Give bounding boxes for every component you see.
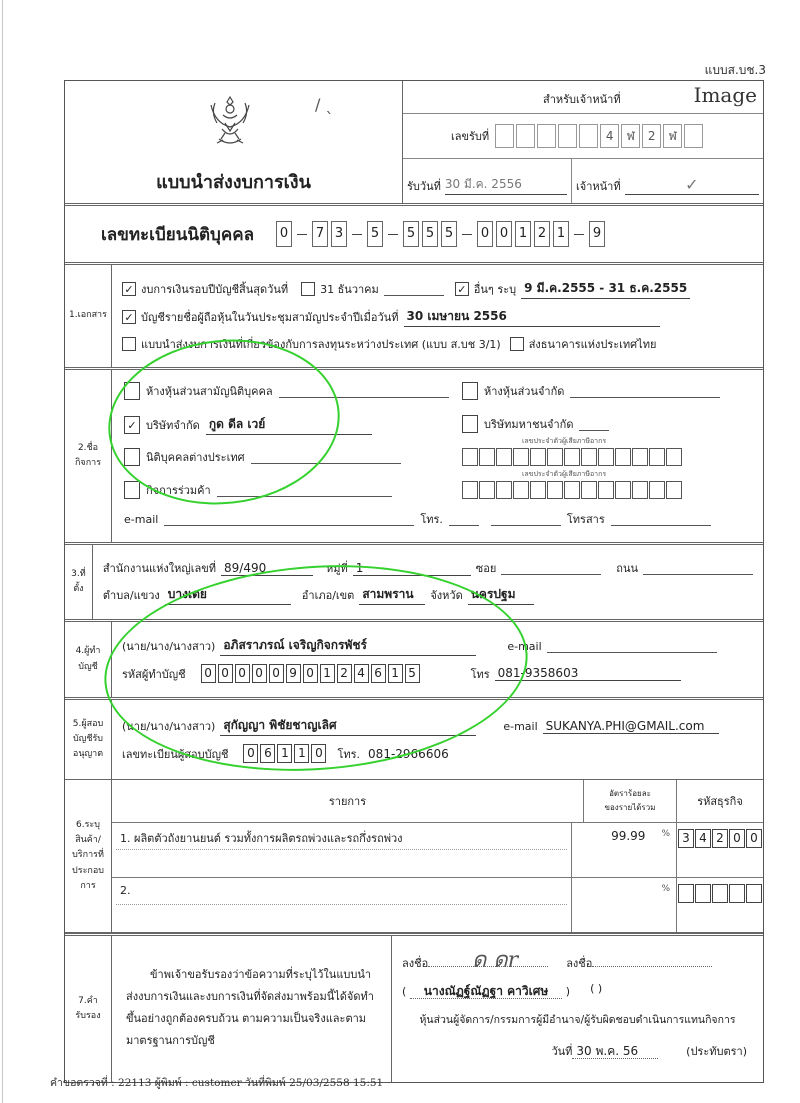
tax-id-digit-box[interactable] — [547, 481, 563, 499]
seal-label: (ประทับตรา) — [686, 1042, 747, 1061]
tax-id-digit-box[interactable] — [564, 481, 580, 499]
tax-id-digit-box[interactable] — [615, 448, 631, 466]
accountant-code-digit[interactable]: 0 — [235, 664, 250, 683]
tax-id-digit-box[interactable] — [462, 481, 478, 499]
accountant-code-label: รหัสผู้ทำบัญชี — [122, 665, 186, 683]
receipt-no-boxes: 4ฬ2ฬ — [495, 124, 703, 148]
public-company-checkbox[interactable] — [462, 415, 478, 433]
date-label: วันที่ — [551, 1045, 572, 1058]
business-code-digit[interactable] — [678, 884, 694, 903]
option-blank — [217, 484, 392, 497]
subdistrict-label: ตำบล/แขวง — [103, 586, 160, 604]
tax-id-digit-box[interactable] — [513, 481, 529, 499]
option-label: กิจการร่วมค้า — [146, 481, 211, 499]
company-limited-option[interactable]: ✓ บริษัทจำกัด กูด ดีล เวย์ — [124, 415, 372, 435]
financial-statement-submission-form: / ˎ แบบนำส่งงบการเงิน สำหรับเจ้าหน้าที่ … — [64, 80, 764, 1083]
tax-id-boxes-2[interactable] — [462, 481, 682, 499]
section-label: 7.คำ รับรอง — [65, 936, 112, 1082]
tax-id-digit-box[interactable] — [649, 448, 665, 466]
email-label: e-mail — [503, 720, 537, 733]
percent-sign: % — [661, 884, 670, 894]
accountant-code-digit[interactable]: 4 — [354, 664, 369, 683]
revenue-ratio-cell[interactable]: % — [572, 878, 677, 932]
percent-sign: % — [661, 829, 670, 839]
registration-digit-box[interactable]: 2 — [534, 221, 550, 247]
accountant-code-digit[interactable]: 2 — [337, 664, 352, 683]
table-row: 1. ผลิตตัวถังยานยนต์ รวมทั้งการผลิตรถพ่ว… — [112, 823, 763, 878]
signature-field-2[interactable] — [592, 954, 712, 967]
email-label: e-mail — [124, 513, 158, 526]
registration-digit-box[interactable]: 5 — [367, 221, 383, 247]
business-code-digit[interactable] — [695, 884, 711, 903]
table-row: 2. % — [112, 878, 763, 932]
tax-id-digit-box[interactable] — [564, 448, 580, 466]
tax-id-digit-box[interactable] — [581, 481, 597, 499]
business-code-cell[interactable]: 34200 — [677, 823, 763, 877]
tax-id-caption: เลขประจำตัวผู้เสียภาษีอากร — [522, 469, 606, 480]
image-stamp: Image — [694, 83, 757, 107]
registration-digit-box[interactable]: 0 — [477, 221, 493, 247]
public-company-option[interactable]: บริษัทมหาชนจำกัด — [462, 415, 609, 433]
limited-partnership-option[interactable]: ห้างหุ้นส่วนจำกัด — [462, 382, 720, 400]
tax-id-digit-box[interactable] — [547, 448, 563, 466]
revenue-ratio-cell[interactable]: 99.99% — [572, 823, 677, 877]
business-code-digit[interactable]: 0 — [746, 829, 762, 848]
print-footer: คำขอตรวจที่ : 22113 ผู้พิมพ์ : customer … — [50, 1074, 383, 1091]
receipt-digit-box[interactable]: 2 — [642, 124, 661, 148]
tax-id-digit-box[interactable] — [479, 481, 495, 499]
hq-number-field[interactable]: 89/490 — [221, 561, 313, 576]
signer-role: หุ้นส่วนผู้จัดการ/กรรมการผู้มีอำนาจ/ผู้ร… — [402, 1011, 753, 1028]
revenue-ratio-value: 99.99 — [611, 829, 645, 843]
receipt-digit-box[interactable] — [537, 124, 556, 148]
moo-field[interactable]: 1 — [353, 561, 471, 576]
title-label: (นาย/นาง/นางสาว) — [122, 637, 215, 655]
accountant-code-digit[interactable]: 0 — [252, 664, 267, 683]
auditor-reg-digit[interactable]: 0 — [243, 744, 258, 763]
district-field[interactable]: สามพราน — [359, 585, 425, 605]
officer-section-label: สำหรับเจ้าหน้าที่ — [543, 90, 621, 108]
accountant-code-digit[interactable]: 0 — [269, 664, 284, 683]
business-code-digit[interactable] — [712, 884, 728, 903]
garuda-emblem-icon — [205, 93, 255, 151]
subdistrict-field[interactable]: บางเตย — [165, 585, 291, 605]
business-code-digit[interactable]: 0 — [729, 829, 745, 848]
option-blank — [570, 385, 720, 398]
section-accountant: 4.ผู้ทำ บัญชี (นาย/นาง/นางสาว) อภิสราภรณ… — [65, 622, 763, 700]
option-label: นิติบุคคลต่างประเทศ — [146, 448, 245, 466]
option-blank — [279, 385, 449, 398]
email-label: e-mail — [507, 640, 541, 653]
tax-id-digit-box[interactable] — [496, 448, 512, 466]
dec31-blank — [384, 283, 444, 296]
fax-label: โทรสาร — [567, 510, 605, 528]
accountant-code-digit[interactable]: 0 — [201, 664, 216, 683]
other-period-field[interactable]: 9 มี.ค.2555 - 31 ธ.ค.2555 — [521, 279, 690, 299]
tax-id-digit-box[interactable] — [598, 448, 614, 466]
section-certification: 7.คำ รับรอง ข้าพเจ้าขอรับรองว่าข้อความที… — [65, 933, 763, 1082]
business-email-field[interactable] — [164, 513, 414, 526]
business-code-digit[interactable]: 4 — [695, 829, 711, 848]
accountant-code-digit[interactable]: 1 — [320, 664, 335, 683]
business-code-digit[interactable]: 3 — [678, 829, 694, 848]
accountant-phone-field[interactable]: 081-9358603 — [495, 666, 681, 681]
registration-digit-box[interactable]: 5 — [441, 221, 457, 247]
other-period-checkbox[interactable]: ✓ — [455, 282, 469, 296]
section-label: 2.ชื่อ กิจการ — [65, 370, 112, 542]
registration-digit-box[interactable]: 5 — [422, 221, 438, 247]
shareholders-checkbox[interactable]: ✓ — [122, 310, 136, 324]
section-auditor: 5.ผู้สอบ บัญชีรับ อนุญาต (นาย/นาง/นางสาว… — [65, 700, 763, 780]
receipt-digit-box[interactable]: ฬ — [663, 124, 682, 148]
business-fax-field[interactable] — [611, 513, 711, 526]
auditor-email-field[interactable]: SUKANYA.PHI@GMAIL.com — [543, 719, 719, 734]
soi-label: ซอย — [476, 559, 497, 577]
tax-id-digit-box[interactable] — [496, 481, 512, 499]
signature-block: ด ดr ลงชื่อ ลงชื่อ ( นางณัฏฐ์ณัฏฐา คาวิเ… — [392, 936, 763, 1082]
tax-id-digit-box[interactable] — [632, 481, 648, 499]
section-label: 3.ที่ตั้ง — [65, 545, 93, 619]
auditor-name-field[interactable]: สุกัญญา พิชัยชาญเลิศ — [220, 716, 476, 736]
receipt-digit-box[interactable] — [495, 124, 514, 148]
business-contact-row: e-mail โทร. โทรสาร — [124, 510, 711, 528]
tax-id-digit-box[interactable] — [530, 481, 546, 499]
section-products-services: 6.ระบุ สินค้า/ บริการที่ ประกอบ การ รายก… — [65, 780, 763, 933]
moo-label: หมู่ที่ — [326, 559, 348, 577]
tax-id-digit-box[interactable] — [462, 448, 478, 466]
receipt-digit-box[interactable] — [684, 124, 703, 148]
tax-id-digit-box[interactable] — [615, 481, 631, 499]
accountant-code-digit[interactable]: 9 — [286, 664, 301, 683]
company-limited-checkbox[interactable]: ✓ — [124, 416, 140, 434]
accountant-code-digit[interactable]: 6 — [371, 664, 386, 683]
accountant-name-field[interactable]: อภิสราภรณ์ เจริญกิจกรพัชร์ — [220, 636, 476, 656]
business-code-digit[interactable] — [746, 884, 762, 903]
option-label: ห้างหุ้นส่วนสามัญนิติบุคคล — [146, 382, 273, 400]
page-edge — [2, 0, 3, 1103]
registration-digit-box[interactable]: 5 — [403, 221, 419, 247]
section-business-name: 2.ชื่อ กิจการ ห้างหุ้นส่วนสามัญนิติบุคคล… — [65, 370, 763, 545]
signature-scribble: ด ดr — [472, 942, 518, 977]
tax-id-digit-box[interactable] — [666, 448, 682, 466]
registration-digit-box[interactable]: 0 — [276, 221, 292, 247]
registration-digit-box[interactable]: 9 — [589, 221, 605, 247]
option-blank — [251, 451, 401, 464]
section-label: 4.ผู้ทำ บัญชี — [65, 622, 112, 697]
tax-id-digit-box[interactable] — [598, 481, 614, 499]
registration-digit-box[interactable]: 1 — [553, 221, 569, 247]
section-label: 5.ผู้สอบ บัญชีรับ อนุญาต — [65, 700, 112, 779]
option-label: บริษัทมหาชนจำกัด — [484, 415, 573, 433]
tax-id-digit-box[interactable] — [666, 481, 682, 499]
form-code: แบบส.บช.3 — [705, 61, 766, 80]
digit-separator — [574, 234, 584, 235]
officer-label: เจ้าหน้าที่ — [576, 177, 621, 195]
row-number: 2. — [120, 884, 131, 897]
tax-id-caption: เลขประจำตัวผู้เสียภาษีอากร — [522, 436, 606, 447]
products-table-header: รายการ อัตราร้อยละ ของรายได้รวม รหัสธุรก… — [112, 780, 763, 823]
accountant-code-digit[interactable]: 5 — [405, 664, 420, 683]
ordinary-partnership-checkbox[interactable] — [124, 382, 140, 400]
province-label: จังหวัด — [430, 586, 462, 604]
product-item-text: ผลิตตัวถังยานยนต์ รวมทั้งการผลิตรถพ่วงแล… — [134, 832, 403, 845]
phone-label: โทร. — [337, 745, 360, 763]
form-header: / ˎ แบบนำส่งงบการเงิน สำหรับเจ้าหน้าที่ … — [65, 81, 763, 206]
form-title: แบบนำส่งงบการเงิน — [65, 167, 402, 196]
business-phone-field-1[interactable] — [449, 513, 479, 526]
registration-number-row: เลขทะเบียนนิติบุคคล 0735555001219 — [65, 206, 763, 265]
accountant-code-digit[interactable]: 0 — [218, 664, 233, 683]
accountant-code-digit[interactable]: 1 — [388, 664, 403, 683]
ordinary-partnership-option[interactable]: ห้างหุ้นส่วนสามัญนิติบุคคล — [124, 382, 449, 400]
auditor-reg-digit[interactable]: 1 — [294, 744, 309, 763]
shareholders-label: บัญชีรายชื่อผู้ถือหุ้นในวันประชุมสามัญปร… — [141, 308, 399, 326]
tax-id-digit-box[interactable] — [513, 448, 529, 466]
business-phone-field-2[interactable] — [491, 513, 561, 526]
option-label: บริษัทจำกัด — [146, 416, 200, 434]
joint-venture-checkbox[interactable] — [124, 481, 140, 499]
auditor-reg-digit[interactable]: 6 — [260, 744, 275, 763]
phone-label: โทร. — [420, 510, 443, 528]
dec31-checkbox[interactable] — [301, 282, 315, 296]
tax-id-digit-box[interactable] — [649, 481, 665, 499]
section-label: 6.ระบุ สินค้า/ บริการที่ ประกอบ การ — [65, 780, 112, 932]
header-title-block: / ˎ แบบนำส่งงบการเงิน — [65, 81, 403, 203]
certification-statement: ข้าพเจ้าขอรับรองว่าข้อความที่ระบุไว้ในแบ… — [112, 936, 392, 1082]
section-label: 1.เอกสาร — [65, 265, 112, 367]
certification-date-field[interactable]: 30 พ.ค. 56 — [572, 1044, 658, 1059]
receipt-digit-box[interactable] — [558, 124, 577, 148]
col-ratio-header: อัตราร้อยละ ของรายได้รวม — [584, 780, 677, 822]
business-code-digit[interactable]: 2 — [712, 829, 728, 848]
registration-digit-box[interactable]: 7 — [312, 221, 328, 247]
road-field[interactable] — [643, 562, 753, 575]
auditor-reg-digit[interactable]: 1 — [277, 744, 292, 763]
shareholders-date-field[interactable]: 30 เมษายน 2556 — [404, 307, 660, 327]
section-documents: 1.เอกสาร ✓ งบการเงินรอบปีบัญชีสิ้นสุดวัน… — [65, 265, 763, 370]
registration-digit-box[interactable]: 0 — [496, 221, 512, 247]
other-period-label: อื่นๆ ระบุ — [474, 280, 516, 298]
business-code-cell[interactable] — [677, 878, 763, 932]
option-blank — [579, 418, 609, 431]
row-number: 1. — [120, 832, 134, 845]
province-field[interactable]: นครปฐม — [468, 585, 534, 605]
digit-separator — [462, 234, 472, 235]
product-item-cell[interactable]: 1. ผลิตตัวถังยานยนต์ รวมทั้งการผลิตรถพ่ว… — [112, 823, 572, 877]
receipt-digit-box[interactable] — [579, 124, 598, 148]
limited-partnership-checkbox[interactable] — [462, 382, 478, 400]
foreign-entity-option[interactable]: นิติบุคคลต่างประเทศ — [124, 448, 401, 466]
accountant-code-digit[interactable]: 0 — [303, 664, 318, 683]
hq-label: สำนักงานแห่งใหญ่เลขที่ — [103, 559, 216, 577]
title-label: (นาย/นาง/นางสาว) — [122, 717, 215, 735]
registration-digit-box[interactable]: 1 — [515, 221, 531, 247]
registration-number-boxes: 0735555001219 — [276, 221, 605, 247]
joint-venture-option[interactable]: กิจการร่วมค้า — [124, 481, 392, 499]
foreign-entity-checkbox[interactable] — [124, 448, 140, 466]
handwritten-mark: / ˎ — [315, 95, 333, 114]
section-location: 3.ที่ตั้ง สำนักงานแห่งใหญ่เลขที่ 89/490 … — [65, 545, 763, 622]
receipt-digit-box[interactable] — [516, 124, 535, 148]
officer-use-block: สำหรับเจ้าหน้าที่ Image เลขรับที่ 4ฬ2ฬ ร… — [403, 81, 763, 203]
soi-field[interactable] — [501, 562, 601, 575]
tax-id-digit-box[interactable] — [632, 448, 648, 466]
tax-id-digit-box[interactable] — [530, 448, 546, 466]
receipt-digit-box[interactable]: ฬ — [621, 124, 640, 148]
auditor-reg-boxes[interactable]: 06110 — [243, 744, 326, 763]
tax-id-digit-box[interactable] — [479, 448, 495, 466]
tax-id-boxes-1[interactable] — [462, 448, 682, 466]
phone-label: โทร — [471, 665, 490, 683]
digit-separator — [297, 234, 307, 235]
auditor-reg-label: เลขทะเบียนผู้สอบบัญชี — [122, 745, 228, 763]
business-code-digit[interactable] — [729, 884, 745, 903]
col-code-header: รหัสธุรกิจ — [677, 780, 763, 822]
digit-separator — [388, 234, 398, 235]
district-label: อำเภอ/เขต — [302, 586, 355, 604]
intl-checkbox[interactable] — [122, 337, 136, 351]
product-item-cell[interactable]: 2. — [112, 878, 572, 932]
registration-digit-box[interactable]: 3 — [331, 221, 347, 247]
fs-checkbox[interactable]: ✓ — [122, 282, 136, 296]
company-name-field[interactable]: กูด ดีล เวย์ — [206, 415, 372, 435]
col-items-header: รายการ — [112, 780, 584, 822]
auditor-phone-field[interactable]: 081-2966606 — [365, 747, 471, 761]
fs-label: งบการเงินรอบปีบัญชีสิ้นสุดวันที่ — [141, 280, 288, 298]
road-label: ถนน — [616, 559, 638, 577]
accountant-email-field[interactable] — [547, 640, 717, 653]
officer-field[interactable]: ✓ — [625, 175, 759, 195]
received-date-field[interactable]: 30 มี.ค. 2556 — [445, 175, 567, 195]
option-label: ห้างหุ้นส่วนจำกัด — [484, 382, 564, 400]
bot-label: ส่งธนาคารแห่งประเทศไทย — [529, 335, 657, 353]
receipt-no-label: เลขรับที่ — [451, 127, 489, 145]
intl-label: แบบนำส่งงบการเงินที่เกี่ยวข้องกับการลงทุ… — [141, 335, 501, 353]
receipt-digit-box[interactable]: 4 — [600, 124, 619, 148]
signer-1-name[interactable]: นางณัฏฐ์ณัฏฐา คาวิเศษ — [410, 984, 562, 999]
received-date-label: รับวันที่ — [407, 177, 441, 195]
tax-id-digit-box[interactable] — [581, 448, 597, 466]
dec31-label: 31 ธันวาคม — [320, 280, 379, 298]
digit-separator — [352, 234, 362, 235]
sign-label-2: ลงชื่อ — [566, 954, 712, 972]
auditor-reg-digit[interactable]: 0 — [311, 744, 326, 763]
registration-number-label: เลขทะเบียนนิติบุคคล — [101, 221, 254, 248]
accountant-code-boxes[interactable]: 0000090124615 — [201, 664, 420, 683]
bot-checkbox[interactable] — [510, 337, 524, 351]
